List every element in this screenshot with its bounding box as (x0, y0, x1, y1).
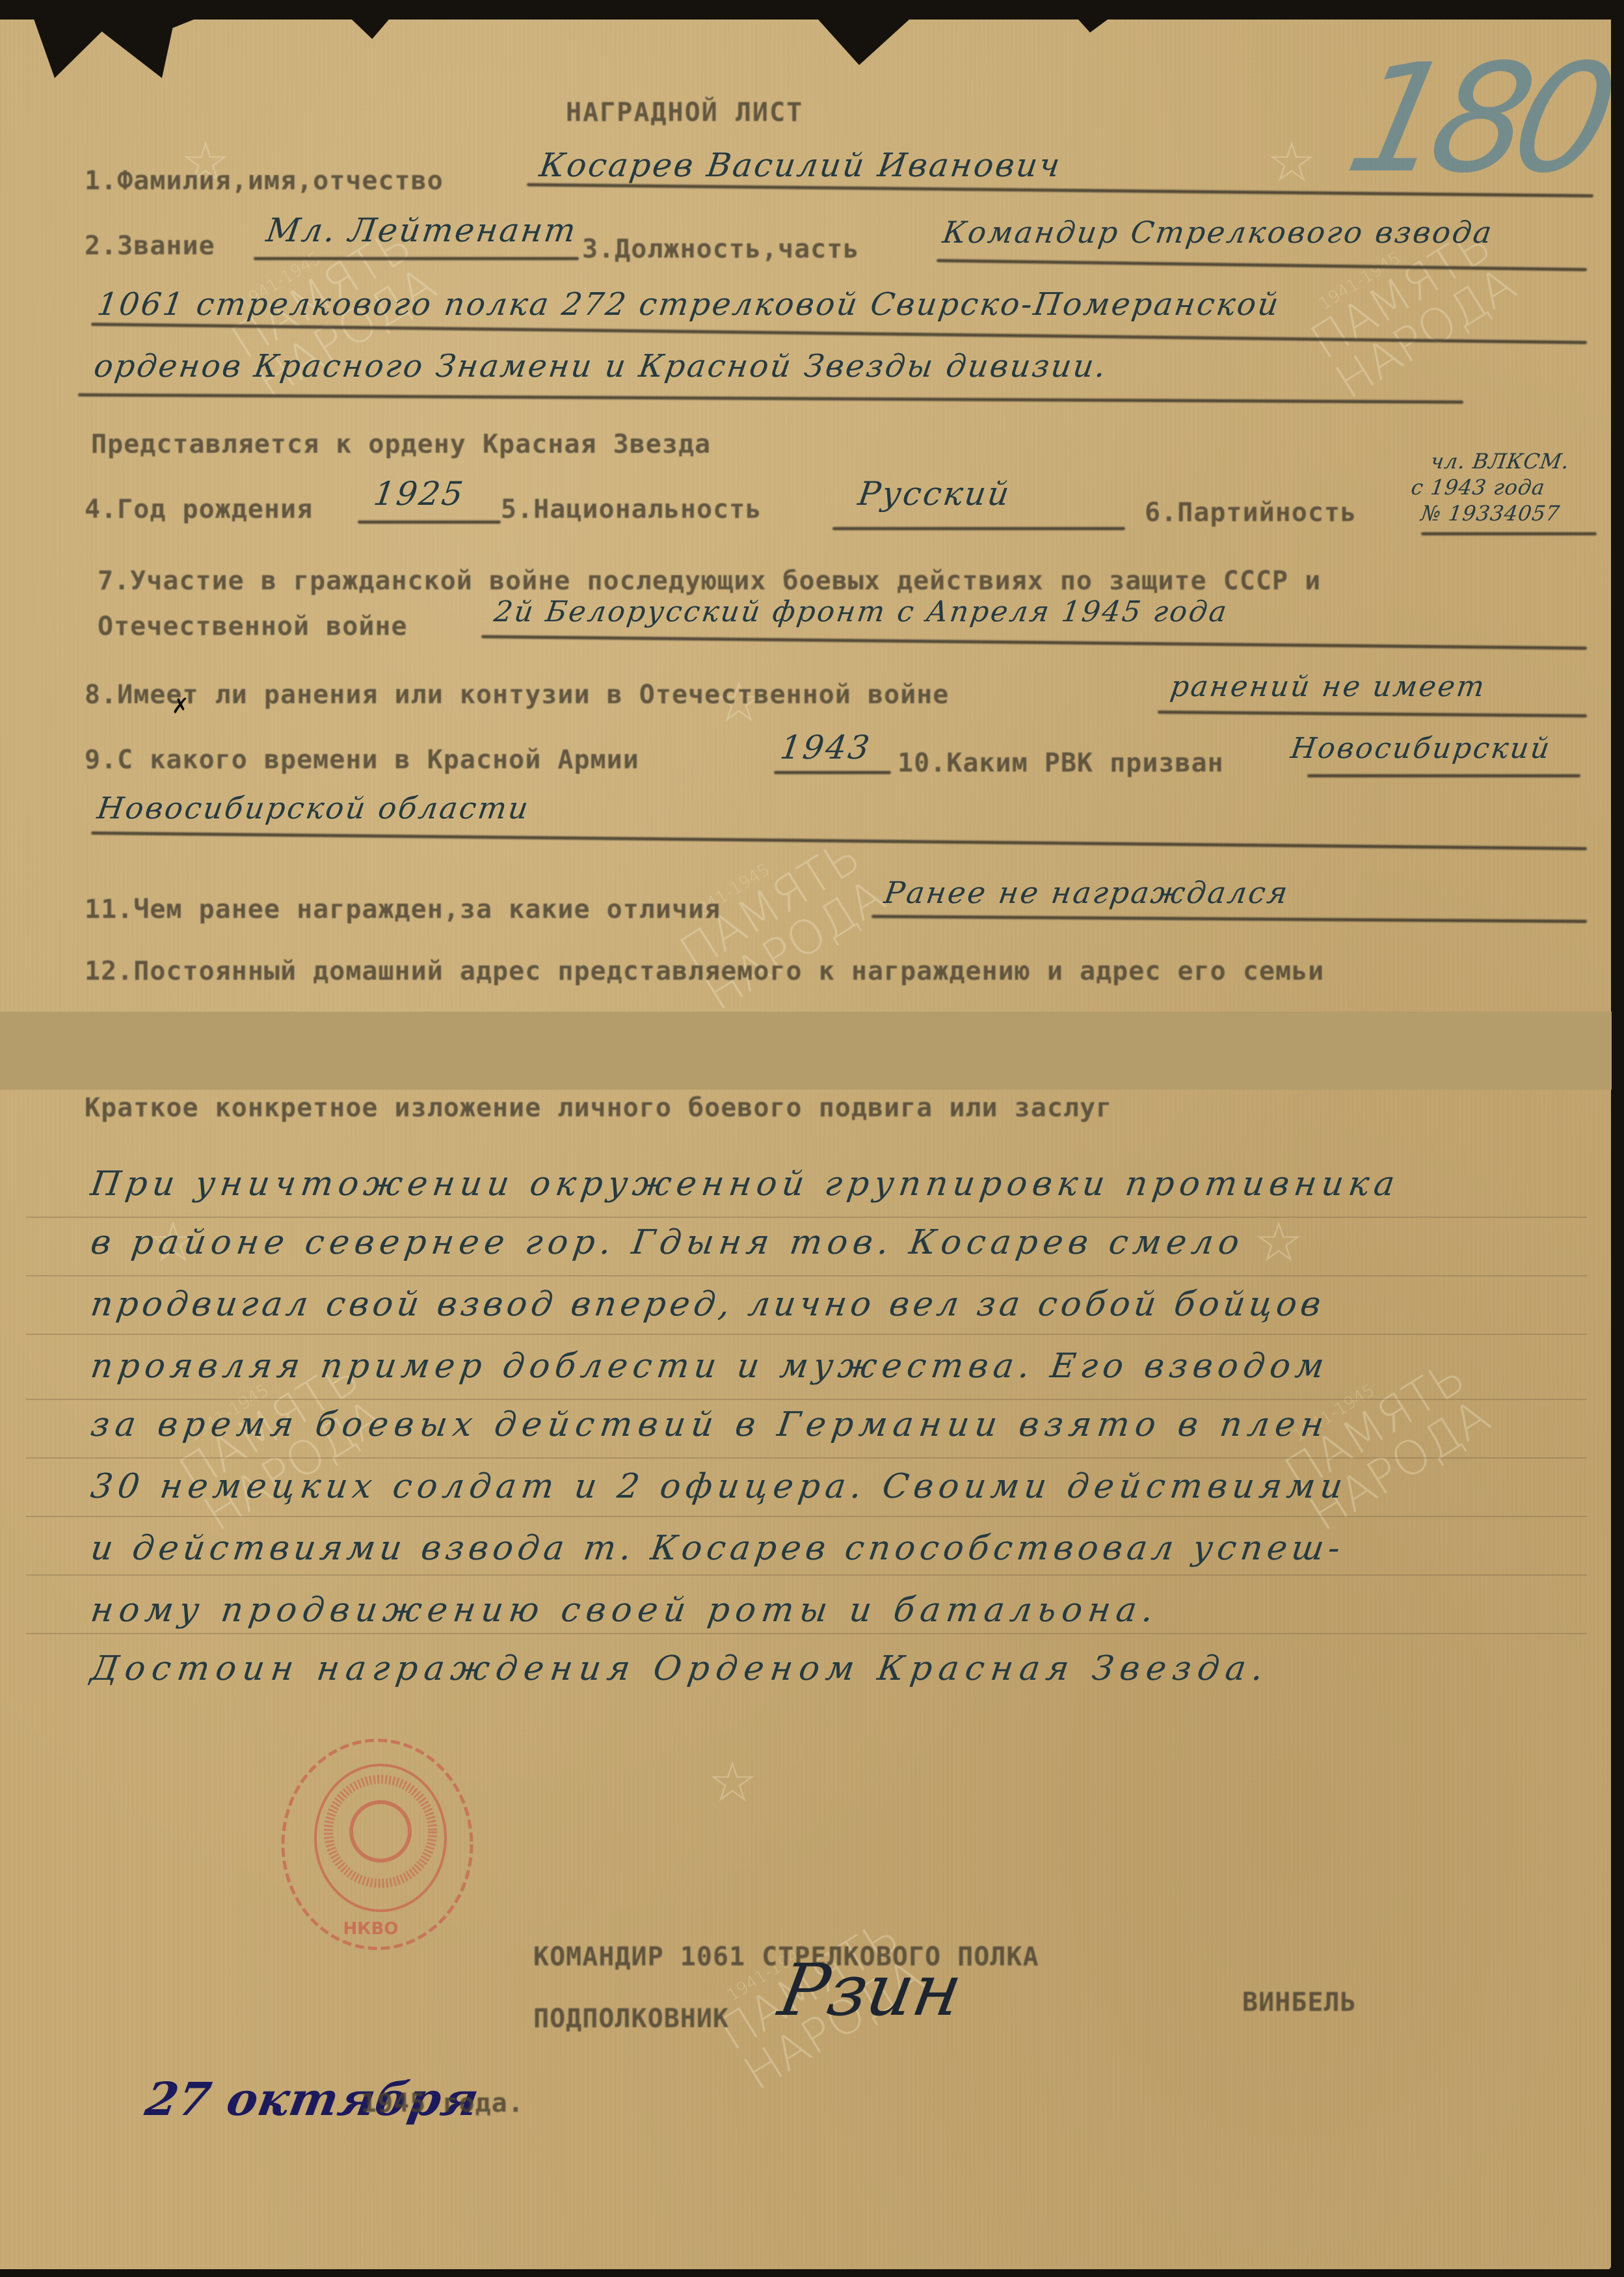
commander-signature: Рзин (773, 1948, 968, 2032)
field-10-value-line2: Новосибирской области (95, 790, 532, 826)
field-2-label: 2.Звание (85, 231, 215, 261)
ruled-line (26, 1457, 1587, 1459)
ruled-line (26, 1399, 1587, 1400)
field-8-value: ранений не имеет (1168, 670, 1488, 703)
field-11-value: Ранее не награждался (882, 875, 1292, 910)
narrative-line: в районе севернее гор. Гдыня тов. Косаре… (88, 1223, 1247, 1262)
document-title: НАГРАДНОЙ ЛИСТ (566, 98, 803, 128)
narrative-line: При уничтожении окруженной группировки п… (88, 1165, 1402, 1204)
archive-number: 180 (1335, 33, 1618, 206)
underline (1421, 532, 1597, 535)
field-5-label: 5.Национальность (501, 494, 762, 524)
ruled-line (26, 1217, 1587, 1218)
ruled-line (26, 1633, 1587, 1634)
stamp-text: НКВО (343, 1919, 399, 1939)
field-10-value: Новосибирский (1288, 732, 1553, 765)
underline (1307, 774, 1580, 777)
field-4-label: 4.Год рождения (85, 494, 313, 524)
watermark-star-icon: ☆ (1255, 1191, 1302, 1281)
field-9-label: 9.С какого времени в Красной Армии (85, 745, 639, 775)
underline (254, 257, 579, 260)
watermark-star-icon: ☆ (1268, 111, 1315, 201)
field-1-label: 1.Фамилия,имя,отчество (85, 166, 444, 196)
ruled-line (26, 1334, 1587, 1335)
ruled-line (26, 1275, 1587, 1276)
scan-border (0, 2269, 1624, 2277)
field-6-value-line1: чл. ВЛКСМ. (1429, 449, 1571, 474)
field-3-value-line2: 1061 стрелкового полка 272 стрелковой Св… (95, 286, 1283, 323)
ruled-line (26, 1574, 1587, 1576)
commander-surname: ВИНБЕЛЬ (1242, 1987, 1357, 2017)
field-7-value: 2й Белорусский фронт с Апреля 1945 года (492, 595, 1231, 628)
field-8-label: 8.Имеет ли ранения или контузии в Отечес… (85, 680, 949, 710)
presented-for: Представляется к ордену Красная Звезда (91, 429, 711, 459)
field-1-value: Косарев Василий Иванович (537, 146, 1064, 184)
watermark-star-icon: ☆ (709, 1731, 756, 1821)
field-3-value: Командир Стрелкового взвода (940, 215, 1495, 250)
underline (832, 527, 1125, 530)
narrative-line: проявляя пример доблести и мужества. Его… (88, 1347, 1332, 1386)
scan-border (1611, 0, 1624, 2277)
field-4-value: 1925 (371, 475, 467, 513)
field-3-value-line3: орденов Красного Знамени и Красной Звезд… (92, 348, 1110, 384)
narrative-line: Достоин награждения Орденом Красная Звез… (88, 1649, 1272, 1688)
date-typed: 1945 года. (361, 2088, 524, 2118)
field-6-value-line2: с 1943 года (1409, 475, 1547, 500)
field-12-label: 12.Постоянный домашний адрес представляе… (85, 956, 1324, 986)
narrative-line: ному продвижению своей роты и батальона. (88, 1591, 1162, 1630)
field-7-label: 7.Участие в гражданской войне последующи… (98, 566, 1321, 596)
ruled-line (26, 1516, 1587, 1517)
field-7-label-line2: Отечественной войне (98, 612, 408, 641)
narrative-line: за время боевых действий в Германии взят… (88, 1405, 1332, 1444)
underline (358, 520, 501, 524)
field-2-value: Мл. Лейтенант (264, 211, 580, 249)
field-3-label: 3.Должность,часть (582, 234, 859, 264)
field-9-value: 1943 (778, 729, 873, 766)
narrative-line: и действиями взвода т. Косарев способств… (88, 1529, 1347, 1568)
redacted-address-band (0, 1012, 1612, 1090)
narrative-line: продвигал свой взвод вперед, лично вел з… (88, 1285, 1327, 1324)
field-5-value: Русский (856, 475, 1013, 513)
underline (774, 771, 891, 774)
commander-rank: ПОДПОЛКОВНИК (533, 2004, 729, 2034)
field-11-label: 11.Чем ранее награжден,за какие отличия (85, 895, 721, 924)
narrative-heading: Краткое конкретное изложение личного бое… (85, 1093, 1112, 1123)
official-seal-stamp: НКВО (273, 1734, 481, 1955)
field-6-value-line3: № 19334057 (1419, 501, 1562, 526)
field-6-label: 6.Партийность (1145, 498, 1357, 528)
field-10-label: 10.Каким РВК призван (898, 748, 1224, 778)
ink-mark: ✗ (172, 690, 188, 720)
narrative-line: 30 немецких солдат и 2 офицера. Своими д… (88, 1467, 1350, 1506)
